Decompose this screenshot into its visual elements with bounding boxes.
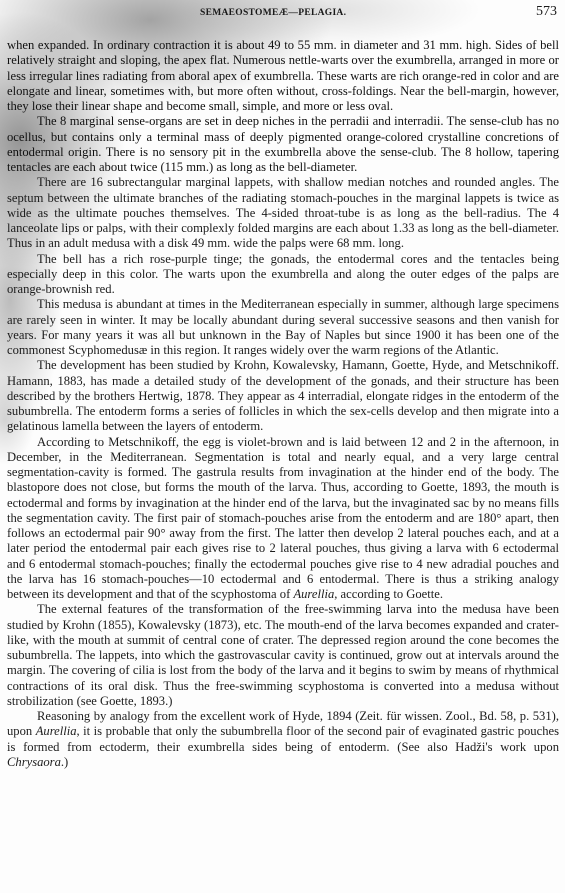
genus-name-italic: Aurellia bbox=[293, 587, 334, 601]
paragraph-coloration: The bell has a rich rose-purple tinge; t… bbox=[7, 252, 559, 298]
text-segment: , according to Goette. bbox=[334, 587, 443, 601]
page-number: 573 bbox=[536, 4, 557, 20]
body-text: when expanded. In ordinary contraction i… bbox=[7, 38, 559, 770]
paragraph-marginal-lappets: There are 16 subrectangular marginal lap… bbox=[7, 175, 559, 251]
paragraph-egg-segmentation: According to Metschnikoff, the egg is vi… bbox=[7, 435, 559, 603]
paragraph-bell-description: when expanded. In ordinary contraction i… bbox=[7, 38, 559, 114]
paragraph-distribution: This medusa is abundant at times in the … bbox=[7, 297, 559, 358]
genus-name-italic: Aurellia bbox=[36, 724, 77, 738]
paragraph-analogy: Reasoning by analogy from the excellent … bbox=[7, 709, 559, 770]
text-segment: , it is probable that only the subumbrel… bbox=[7, 724, 559, 753]
genus-name-italic: Chrysaora bbox=[7, 755, 61, 769]
paragraph-sense-organs: The 8 marginal sense-organs are set in d… bbox=[7, 114, 559, 175]
running-head: SEMAEOSTOMEÆ—PELAGIA. bbox=[200, 8, 346, 18]
book-page: SEMAEOSTOMEÆ—PELAGIA. 573 when expanded.… bbox=[0, 0, 565, 893]
paragraph-transformation: The external features of the transformat… bbox=[7, 602, 559, 709]
text-segment: .) bbox=[61, 755, 68, 769]
text-segment: According to Metschnikoff, the egg is vi… bbox=[7, 435, 559, 602]
paragraph-development: The development has been studied by Kroh… bbox=[7, 358, 559, 434]
page-header: SEMAEOSTOMEÆ—PELAGIA. 573 bbox=[0, 4, 565, 22]
